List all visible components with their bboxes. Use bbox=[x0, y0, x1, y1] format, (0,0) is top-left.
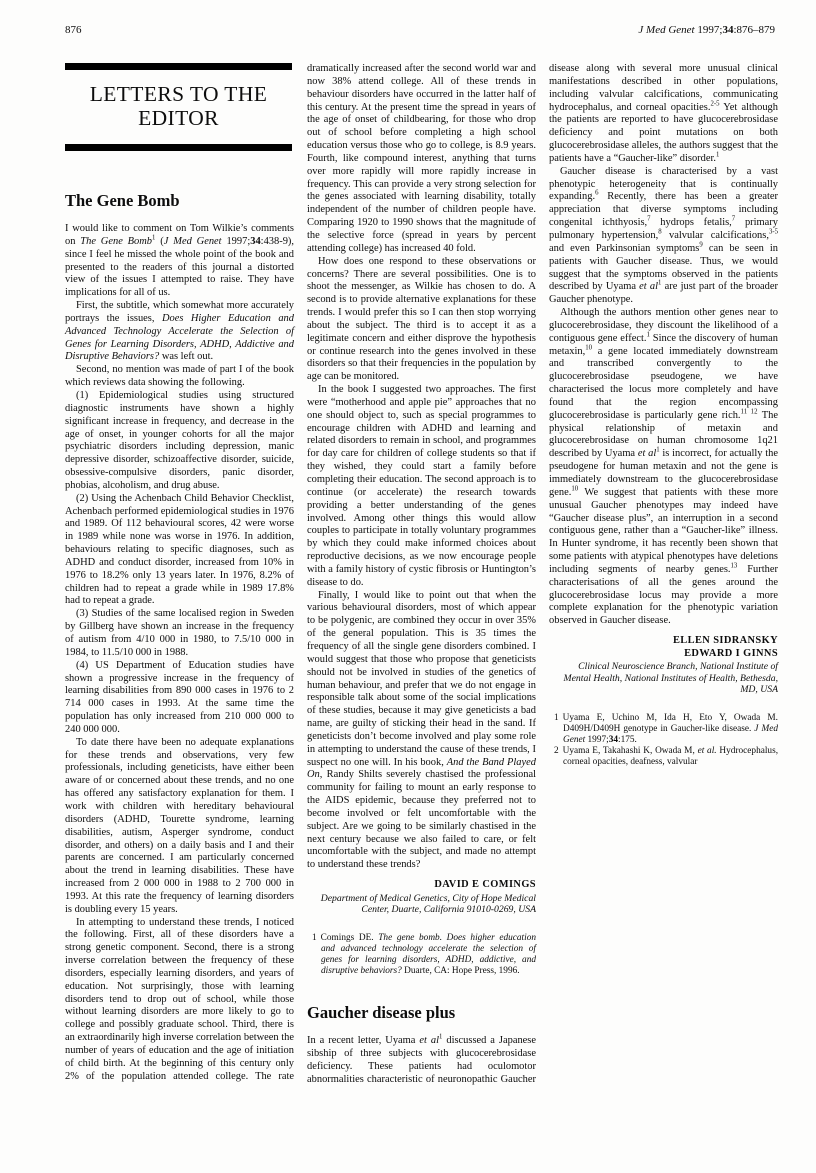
reference-list: 1Comings DE. The gene bomb. Does higher … bbox=[307, 933, 536, 977]
reference: 2Uyama E, Takahashi K, Owada M, et al. H… bbox=[549, 746, 778, 768]
paragraph: In the book I suggested two approaches. … bbox=[307, 384, 536, 590]
signature-author: DAVID E COMINGS bbox=[307, 879, 536, 892]
paragraph: Although the authors mention other genes… bbox=[549, 307, 778, 628]
reference-number: 2 bbox=[554, 746, 563, 756]
paragraph: Second, no mention was made of part I of… bbox=[65, 364, 294, 390]
signature-author: ELLEN SIDRANSKY bbox=[549, 635, 778, 648]
text-run: et al bbox=[419, 1035, 439, 1046]
journal-pages: :876–879 bbox=[733, 24, 775, 36]
text-run: The Gene Bomb bbox=[80, 236, 152, 247]
paragraph: I would like to comment on Tom Wilkie’s … bbox=[65, 223, 294, 300]
text-run: (1) Epidemiological studies using struct… bbox=[65, 390, 294, 491]
text-run: In a recent letter, Uyama bbox=[307, 1035, 419, 1046]
text-run: (2) Using the Achenbach Child Behavior C… bbox=[65, 493, 294, 607]
section-banner: LETTERS TO THE EDITOR bbox=[65, 63, 292, 151]
text-run: (4) US Department of Education studies h… bbox=[65, 660, 294, 735]
text-run: J Med Genet bbox=[164, 236, 222, 247]
paragraph: (1) Epidemiological studies using struct… bbox=[65, 390, 294, 493]
text-run: Second, no mention was made of part I of… bbox=[65, 364, 294, 388]
text-run: Duarte, CA: Hope Press, 1996. bbox=[402, 966, 520, 976]
signature-block: ELLEN SIDRANSKY EDWARD I GINNS Clinical … bbox=[549, 635, 778, 696]
reference-number: 1 bbox=[312, 933, 321, 943]
reference-list: 1Uyama E, Uchino M, Ida H, Eto Y, Owada … bbox=[549, 713, 778, 768]
text-run: How does one respond to these observatio… bbox=[307, 256, 536, 383]
text-run: Uyama E, Takahashi K, Owada M, bbox=[563, 746, 698, 756]
letter-title: Gaucher disease plus bbox=[307, 1003, 536, 1022]
text-run: Comings DE. bbox=[321, 933, 379, 943]
text-run: et al bbox=[638, 448, 656, 459]
text-run: ( bbox=[155, 236, 163, 247]
signature-author: EDWARD I GINNS bbox=[549, 648, 778, 661]
three-column-text-flow: LETTERS TO THE EDITOR The Gene Bomb I wo… bbox=[65, 63, 778, 1095]
section-banner-title: LETTERS TO THE EDITOR bbox=[90, 82, 268, 130]
text-run: Finally, I would like to point out that … bbox=[307, 590, 536, 768]
letter-title: The Gene Bomb bbox=[65, 191, 294, 210]
text-run: 1997; bbox=[585, 735, 609, 745]
text-run: 34 bbox=[609, 735, 618, 745]
paragraph: To date there have been no adequate expl… bbox=[65, 737, 294, 917]
text-run: :175. bbox=[618, 735, 637, 745]
letter-gene-bomb: The Gene Bomb I would like to comment on… bbox=[65, 63, 536, 1095]
text-run: 1997; bbox=[222, 236, 251, 247]
paragraph: How does one respond to these observatio… bbox=[307, 256, 536, 384]
citation-superscript: 1 bbox=[716, 151, 719, 158]
paragraph: Finally, I would like to point out that … bbox=[307, 590, 536, 873]
citation-superscript: 10 bbox=[585, 344, 592, 351]
journal-volume: 34 bbox=[722, 24, 733, 36]
text-run: , Randy Shilts severely chastised the pr… bbox=[307, 769, 536, 870]
text-run: hydrops fetalis, bbox=[651, 217, 732, 228]
text-run: et al. bbox=[698, 746, 717, 756]
text-run: et al bbox=[639, 281, 658, 292]
paragraph: Gaucher disease is characterised by a va… bbox=[549, 166, 778, 307]
page-number: 876 bbox=[65, 24, 82, 36]
text-run: In the book I suggested two approaches. … bbox=[307, 384, 536, 588]
paragraph: (3) Studies of the same localised region… bbox=[65, 608, 294, 659]
text-run: 34 bbox=[250, 236, 260, 247]
reference: 1Uyama E, Uchino M, Ida H, Eto Y, Owada … bbox=[549, 713, 778, 746]
text-run: and even Parkinsonian symptoms bbox=[549, 243, 699, 254]
reference-number: 1 bbox=[554, 713, 563, 723]
journal-name: J Med Genet bbox=[638, 24, 694, 36]
citation-superscript: 3-5 bbox=[769, 228, 778, 235]
paragraph: First, the subtitle, which somewhat more… bbox=[65, 300, 294, 364]
text-run: We suggest that patients with these more… bbox=[549, 487, 778, 575]
signature-affiliation: Clinical Neuroscience Branch, National I… bbox=[549, 661, 778, 696]
paragraph: (4) US Department of Education studies h… bbox=[65, 660, 294, 737]
citation-superscript: 11 12 bbox=[741, 408, 758, 415]
text-run: was left out. bbox=[159, 351, 213, 362]
journal-page: 876 J Med Genet 1997;34:876–879 LETTERS … bbox=[0, 0, 816, 1173]
signature-block: DAVID E COMINGS Department of Medical Ge… bbox=[307, 879, 536, 916]
text-run: To date there have been no adequate expl… bbox=[65, 737, 294, 915]
text-run: (3) Studies of the same localised region… bbox=[65, 608, 294, 658]
signature-affiliation: Department of Medical Genetics, City of … bbox=[307, 893, 536, 916]
reference: 1Comings DE. The gene bomb. Does higher … bbox=[307, 933, 536, 977]
paragraph: (2) Using the Achenbach Child Behavior C… bbox=[65, 493, 294, 609]
citation-superscript: 2-5 bbox=[710, 100, 719, 107]
page-header: 876 J Med Genet 1997;34:876–879 bbox=[65, 24, 775, 36]
journal-year: 1997; bbox=[695, 24, 723, 36]
text-run: valvular calcifications, bbox=[662, 230, 769, 241]
text-run: Uyama E, Uchino M, Ida H, Eto Y, Owada M… bbox=[563, 713, 778, 734]
journal-citation: J Med Genet 1997;34:876–879 bbox=[638, 24, 775, 36]
